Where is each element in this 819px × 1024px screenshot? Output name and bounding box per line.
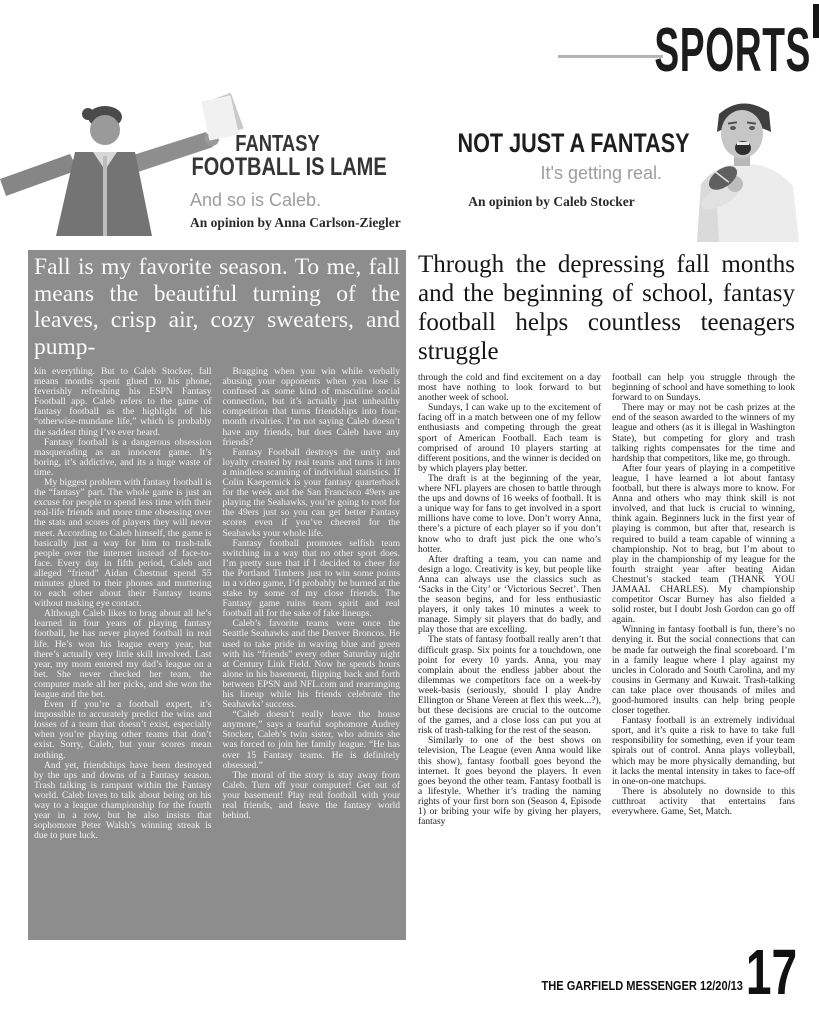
article-paragraph: football can help you struggle through t… [612,373,795,403]
right-article-columns: through the cold and find excitement on … [418,373,795,827]
right-article-column-1: through the cold and find excitement on … [418,373,601,827]
article-paragraph: Bragging when you win while verbally abu… [223,367,401,448]
article-paragraph: through the cold and find excitement on … [418,373,601,403]
article-paragraph: There may or may not be cash prizes at t… [612,403,795,464]
right-article-column-2: football can help you struggle through t… [612,373,795,827]
left-article: Fall is my favorite season. To me, fall … [28,250,406,940]
article-paragraph: My biggest problem with fantasy football… [34,478,212,609]
newspaper-page: SPORTS FANTASY FOOTBALL IS LAME [0,0,819,1024]
section-title: SPORTS [654,20,811,82]
article-paragraph: The stats of fantasy football really are… [418,635,601,736]
article-paragraph: After four years of playing in a competi… [612,464,795,626]
article-paragraph: Even if you’re a football expert, it’s i… [34,700,212,761]
article-paragraph: There is absolutely no downside to this … [612,787,795,817]
corner-mark [813,4,819,38]
article-paragraph: Caleb’s favorite teams were once the Sea… [223,619,401,710]
article-paragraph: “Caleb doesn’t really leave the house an… [223,710,401,771]
footer-page-number: 17 [746,940,797,1004]
footer-publication: THE GARFIELD MESSENGER 12/20/13 [542,978,743,993]
article-paragraph: Although Caleb likes to brag about all h… [34,609,212,700]
article-paragraph: Winning in fantasy football is fun, ther… [612,625,795,716]
article-paragraph: The moral of the story is stay away from… [223,771,401,821]
left-article-lead: Fall is my favorite season. To me, fall … [34,254,400,360]
left-article-column-1: kin everything. But to Caleb Stocker, fa… [34,367,212,841]
left-headline-line2: FOOTBALL IS LAME [192,155,364,181]
left-headline-line1: FANTASY [192,132,364,155]
article-paragraph: Fantasy Football destroys the unity and … [223,448,401,539]
left-subhead: And so is Caleb. [190,190,321,211]
article-paragraph: Sundays, I can wake up to the excitement… [418,403,601,474]
right-subhead: It's getting real. [434,163,662,184]
left-article-columns: kin everything. But to Caleb Stocker, fa… [34,367,400,841]
article-paragraph: The draft is at the beginning of the yea… [418,474,601,555]
left-byline: An opinion by Anna Carlson-Ziegler [190,215,401,231]
right-byline: An opinion by Caleb Stocker [434,194,669,210]
article-paragraph: Fantasy football promotes selfish team s… [223,539,401,620]
caleb-photo [679,92,819,242]
article-paragraph: And yet, friendships have been destroyed… [34,761,212,842]
article-paragraph: Similarly to one of the best shows on te… [418,736,601,827]
article-paragraph: Fantasy football is an extremely individ… [612,716,795,787]
article-paragraph: kin everything. But to Caleb Stocker, fa… [34,367,212,438]
right-headline: NOT JUST A FANTASY [458,130,646,157]
article-paragraph: Fantasy football is a dangerous obsessio… [34,438,212,478]
right-article-lead: Through the depressing fall months and t… [418,250,795,366]
left-article-column-2: Bragging when you win while verbally abu… [223,367,401,841]
left-headline: FANTASY FOOTBALL IS LAME [192,132,364,181]
section-rule [558,55,663,58]
right-article: Through the depressing fall months and t… [418,250,795,950]
article-paragraph: After drafting a team, you can name and … [418,555,601,636]
